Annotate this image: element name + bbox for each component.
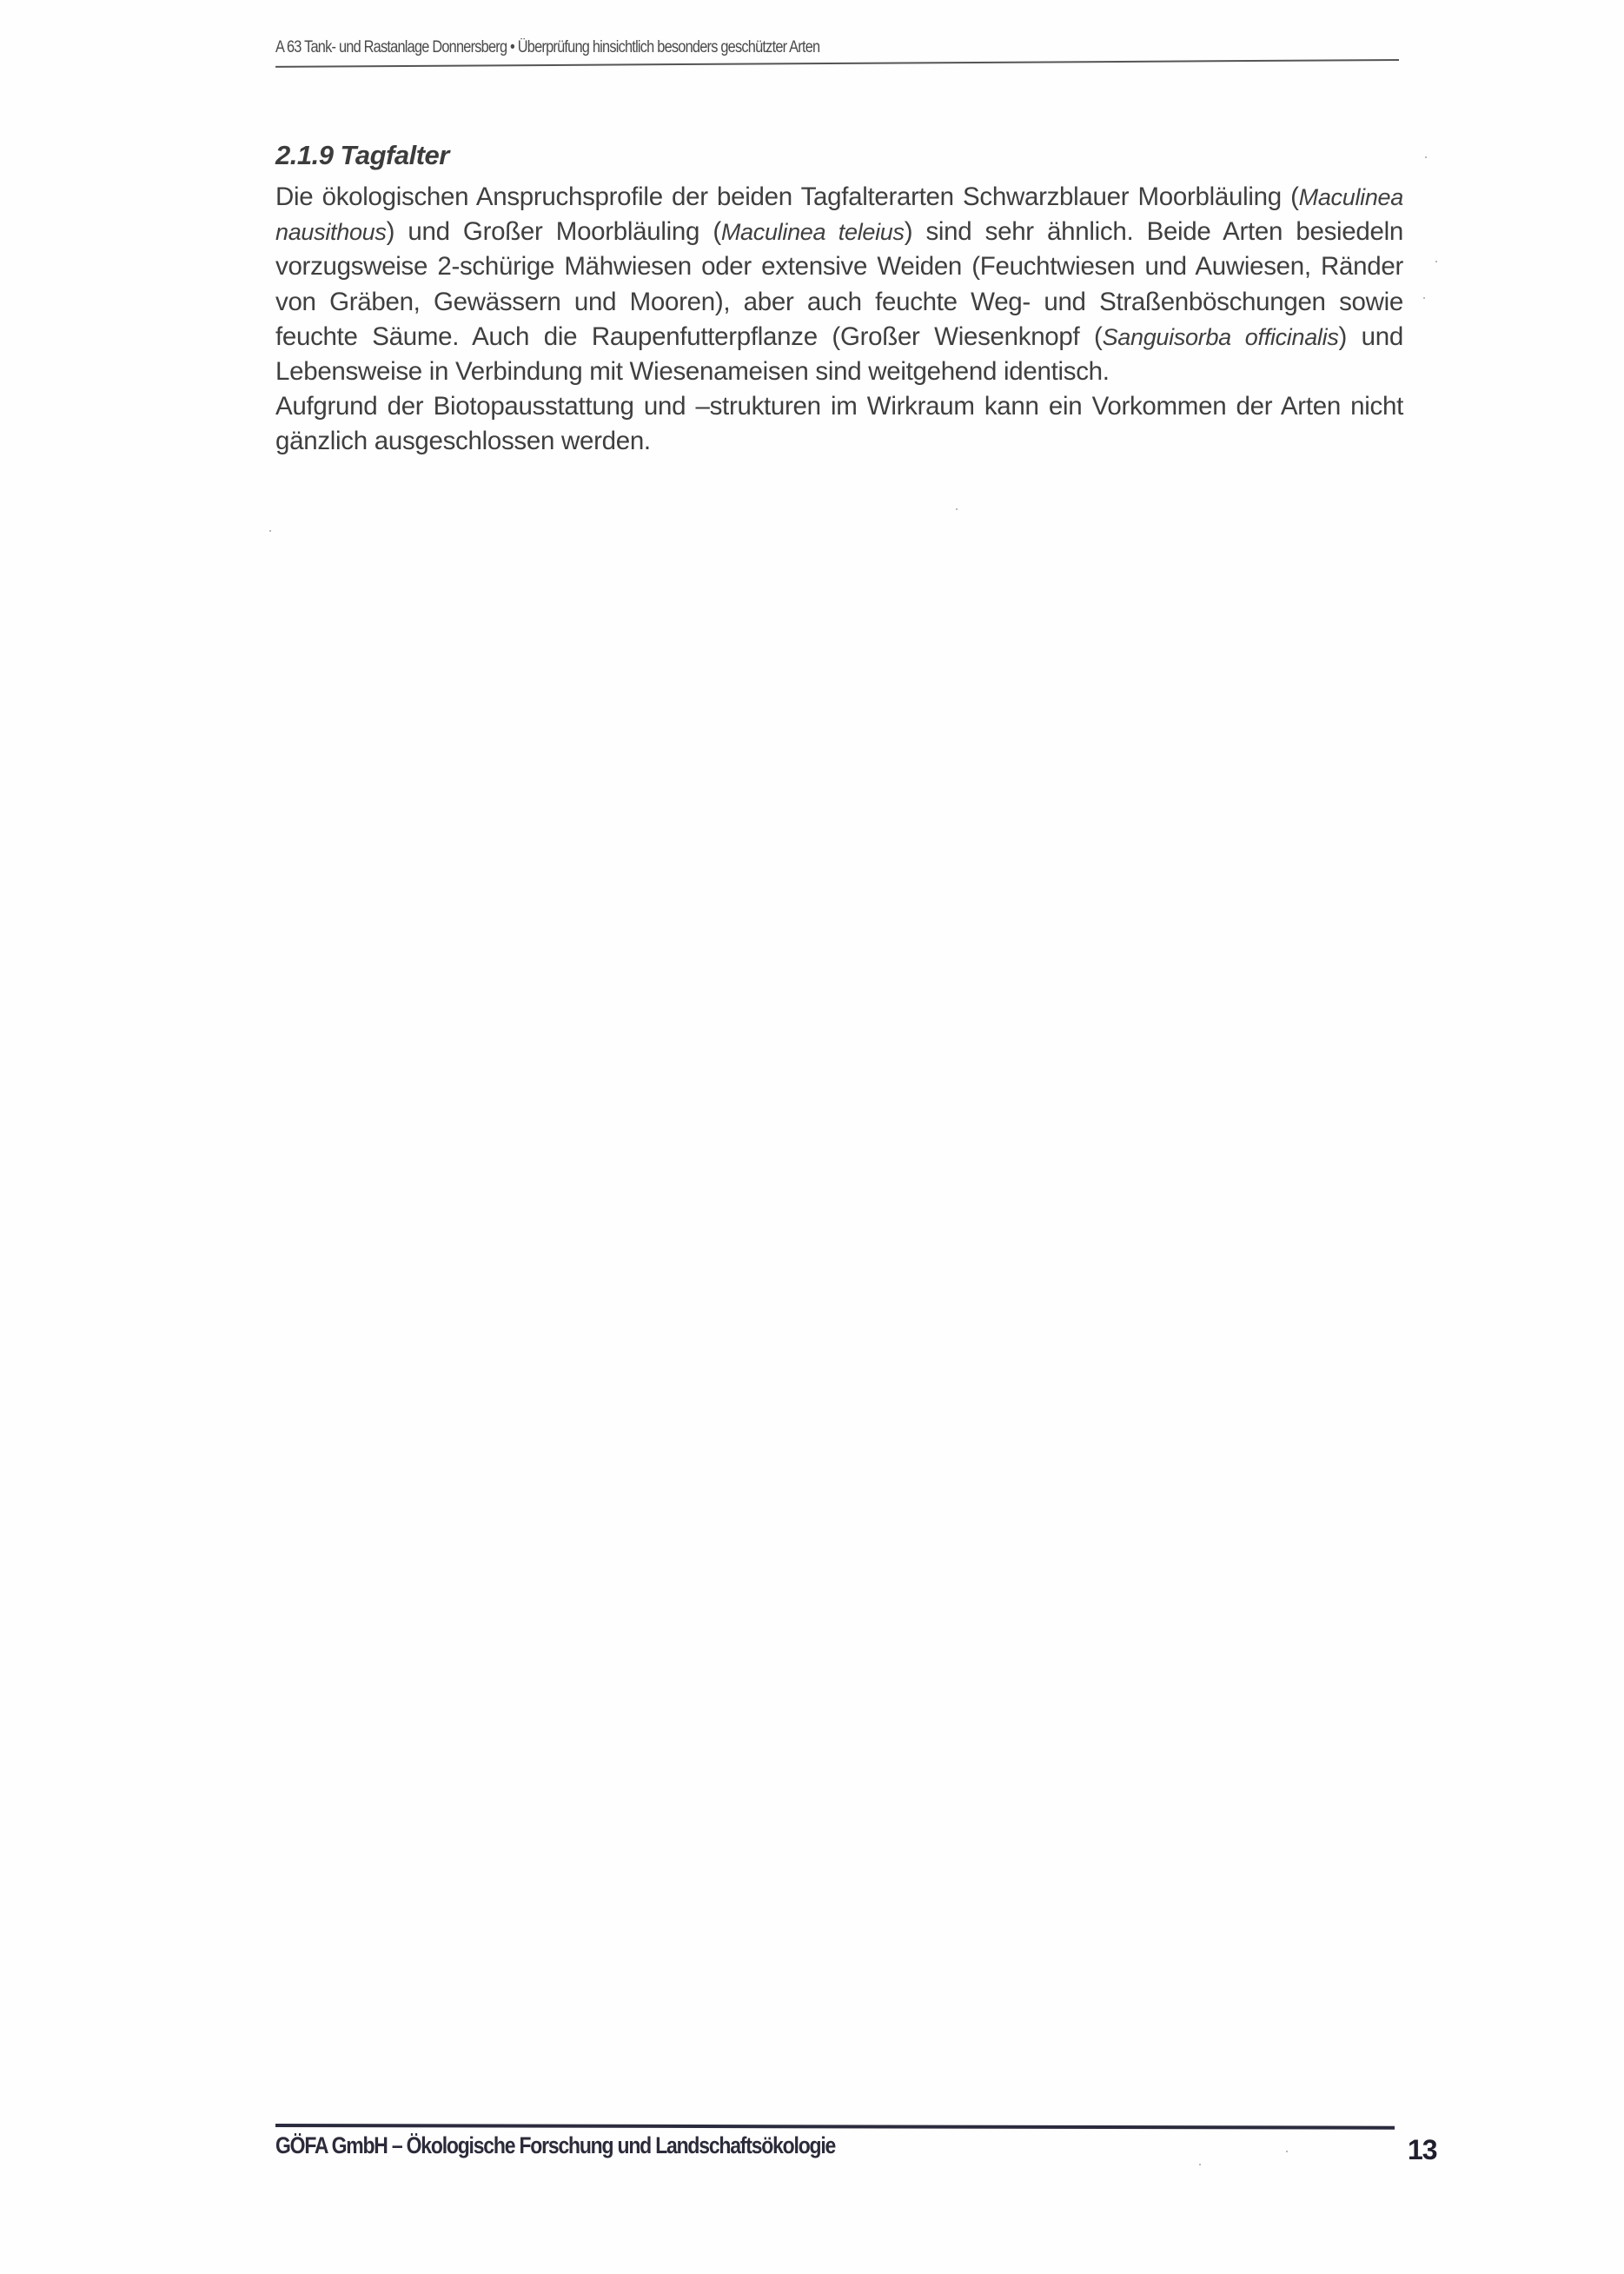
scientific-name: Maculinea teleius <box>721 219 905 245</box>
footer-rule <box>275 2124 1395 2130</box>
running-header-title: A 63 Tank- und Rastanlage Donnersberg • … <box>275 38 819 57</box>
scan-speck <box>1199 2164 1201 2165</box>
scan-speck <box>1435 261 1437 262</box>
footer-publisher: GÖFA GmbH – Ökologische Forschung und La… <box>275 2132 835 2159</box>
paragraph-text: ) und Großer Moorbläuling ( <box>387 217 721 246</box>
header-rule <box>275 59 1399 68</box>
paragraph-text: Die ökologischen Anspruchsprofile der be… <box>275 182 1299 211</box>
body-paragraph: Die ökologischen Anspruchsprofile der be… <box>275 180 1403 389</box>
scan-speck <box>956 508 958 510</box>
scan-speck <box>269 530 271 532</box>
scan-speck <box>1425 156 1427 158</box>
running-header: A 63 Tank- und Rastanlage Donnersberg • … <box>275 38 1399 61</box>
page-footer: GÖFA GmbH – Ökologische Forschung und La… <box>275 2118 1444 2179</box>
scientific-name: Sanguisorba officinalis <box>1103 324 1339 350</box>
section-heading: 2.1.9 Tagfalter <box>275 139 1403 172</box>
document-page: A 63 Tank- und Rastanlage Donnersberg • … <box>0 0 1624 2274</box>
scan-speck <box>1286 2151 1288 2152</box>
body-paragraph-conclusion: Aufgrund der Biotopausstattung und –stru… <box>275 389 1403 459</box>
page-number: 13 <box>1408 2134 1437 2166</box>
scan-speck <box>1423 297 1425 299</box>
section-tagfalter: 2.1.9 Tagfalter Die ökologischen Anspruc… <box>275 139 1403 460</box>
